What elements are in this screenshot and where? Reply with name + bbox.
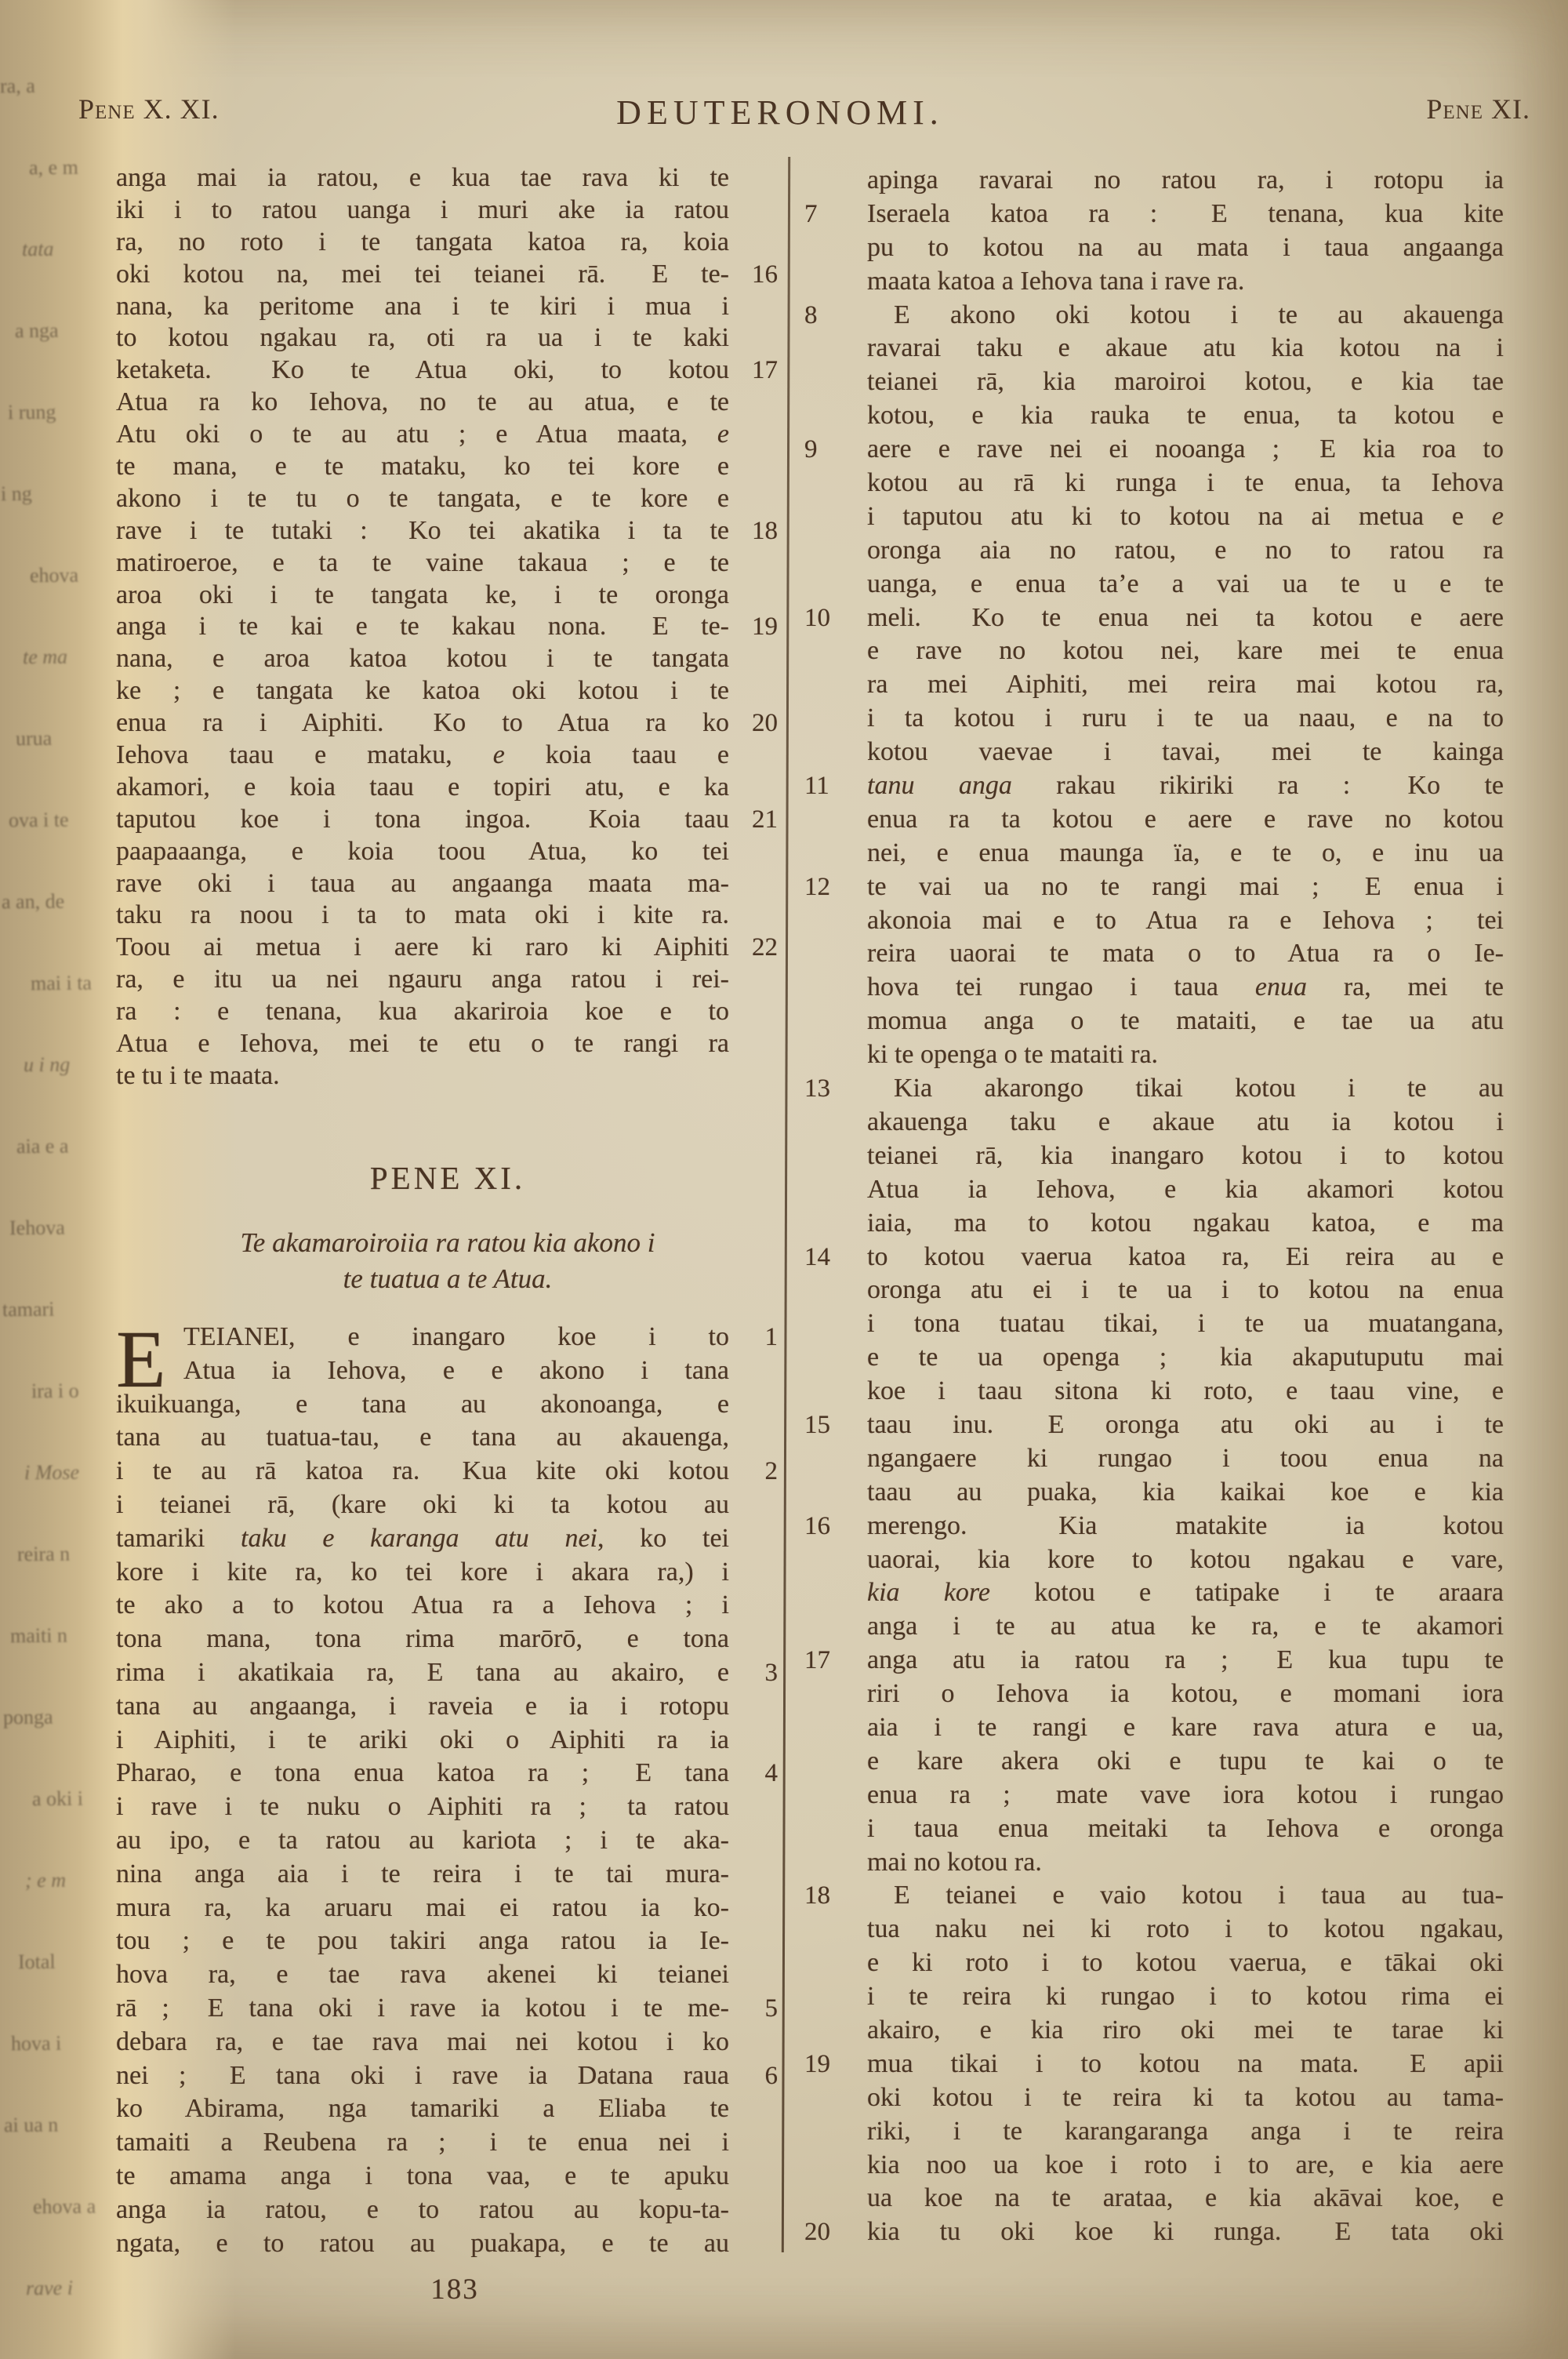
verse-text: tamaiti a Reubena ra ; i te enua nei i: [116, 2126, 729, 2160]
text-line: i ta kotou i ruru i te ua naau, e na to: [803, 702, 1504, 736]
verse-text: ra mei Aiphiti, mei reira mai kotou ra,: [867, 668, 1504, 702]
verse-text: nei, e enua maunga ïa, e te o, e inu ua: [867, 837, 1504, 871]
gutter-bleed-text: ira i o: [31, 1379, 79, 1404]
verse-text: te ako a to kotou Atua ra a Iehova ; i: [116, 1589, 729, 1623]
verse-text: aia i te rangi e kare rava atura e ua,: [867, 1711, 1504, 1745]
verse-number: 15: [804, 1408, 830, 1442]
verse-text: enua ra ; mate vave iora kotou i rungao: [867, 1779, 1504, 1812]
text-line: Atua ia Iehova, e kia akamori kotou: [803, 1173, 1504, 1207]
text-line: nana, e aroa katoa kotou i te tangata: [116, 643, 779, 675]
text-line: Iehova taau e mataku, e koia taau e: [116, 740, 779, 772]
verse-text: i rave i te nuku o Aiphiti ra ; ta ratou: [116, 1790, 729, 1824]
text-line: mua tikai i to kotou na mata. E apii19: [803, 2048, 1504, 2081]
verse-text: pu to kotou na au mata i taua angaanga: [867, 231, 1504, 265]
text-line: koe i taau sitona ki roto, e taau vine, …: [803, 1375, 1504, 1408]
verse-text: ra, no roto i te tangata katoa ra, koia: [116, 227, 729, 259]
verse-number: 19: [752, 611, 778, 643]
verse-text: kotou au rā ki runga i te enua, ta Iehov…: [867, 467, 1504, 500]
verse-number: 5: [765, 1992, 779, 2026]
text-line: merengo. Kia matakite ia kotou16: [803, 1510, 1504, 1543]
text-line: taau inu. E oronga atu oki au i te15: [803, 1408, 1504, 1442]
verse-text: Atua e Iehova, mei te etu o te rangi ra: [116, 1028, 729, 1060]
text-line: i teianei rā, (kare oki ki ta kotou au: [116, 1488, 779, 1522]
verse-number: 10: [804, 602, 830, 635]
verse-text: e te ua openga ; kia akaputuputu mai: [867, 1341, 1504, 1375]
verse-text: i te au rā katoa ra. Kua kite oki kotou: [116, 1455, 729, 1488]
gutter-bleed-text: maiti n: [10, 1624, 67, 1648]
text-line: akono i te tu o te tangata, e te kore e: [116, 483, 779, 515]
verse-text: debara ra, e tae rava mai nei kotou i ko: [116, 2026, 729, 2059]
verse-text: i ta kotou i ruru i te ua naau, e na to: [867, 702, 1504, 736]
verse-number: 2: [765, 1455, 779, 1488]
verse-text: ua koe na te arataa, e kia akāvai koe, e: [867, 2182, 1504, 2215]
verse-text: oronga atu ei i te ua i to kotou na enua: [867, 1274, 1504, 1307]
verse-text: taku ra noou i ta to mata oki i kite ra.: [116, 900, 729, 932]
verse-text: tanu anga rakau rikiriki ra : Ko te: [867, 769, 1504, 803]
text-line: ke ; e tangata ke katoa oki kotou i te: [116, 675, 779, 707]
verse-text: iki i to ratou uanga i muri ake ia ratou: [116, 194, 729, 227]
verse-text: anga i te au atua ke ra, e te akamori: [867, 1610, 1504, 1644]
verse-text: rave i te tutaki : Ko tei akatika i ta t…: [116, 515, 729, 547]
verse-text: tana au tuatua-tau, e tana au akauenga,: [116, 1421, 729, 1455]
gutter-bleed-text: ova i te: [9, 809, 69, 833]
verse-text: e rave no kotou nei, kare mei te enua: [867, 634, 1504, 668]
text-line: tamaiti a Reubena ra ; i te enua nei i: [116, 2126, 779, 2160]
text-line: te mana, e te mataku, ko tei kore e: [116, 451, 779, 483]
verse-text: akono i te tu o te tangata, e te kore e: [116, 483, 729, 515]
text-line: rā ; E tana oki i rave ia kotou i te me-…: [116, 1992, 779, 2026]
gutter-bleed-text: Iotal: [18, 1950, 56, 1974]
verse-text: mua tikai i to kotou na mata. E apii: [867, 2048, 1504, 2081]
verse-text: te amama anga i tona vaa, e te apuku: [116, 2160, 729, 2194]
scanned-book-photo: { "header": { "left": "Pene X. XI.", "ce…: [0, 0, 1568, 2359]
verse-text: teianei rā, kia maroiroi kotou, e kia ta…: [867, 365, 1504, 399]
text-line: tona mana, tona rima marōrō, e tona: [116, 1623, 779, 1656]
gutter-bleed-text: i ng: [1, 482, 32, 506]
text-line: riki, i te karangaranga anga i te reira: [803, 2115, 1504, 2149]
verse-number: 1: [765, 1321, 779, 1354]
text-line: reira uaorai te mata o to Atua ra o Ie-: [803, 937, 1504, 971]
left-column-verses: anga mai ia ratou, e kua tae rava ki tei…: [116, 162, 779, 1092]
verse-text: anga mai ia ratou, e kua tae rava ki te: [116, 162, 729, 194]
verse-text: i tona tuatau tikai, i te ua muatangana,: [867, 1307, 1504, 1341]
text-line: kotou, e kia rauka te enua, ta kotou e: [803, 399, 1504, 433]
text-line: Atua ia Iehova, e e akono i tana: [116, 1354, 779, 1388]
text-line: E akono oki kotou i te au akauenga8: [803, 299, 1504, 333]
text-line: to kotou ngakau ra, oti ra ua i te kaki: [116, 322, 779, 354]
verse-text: akairo, e kia riro oki mei te tarae ki: [867, 2014, 1504, 2048]
verse-text: rā ; E tana oki i rave ia kotou i te me-: [116, 1992, 729, 2026]
text-line: Toou ai metua i aere ki raro ki Aiphiti2…: [116, 932, 779, 964]
verse-number: 7: [804, 198, 818, 231]
text-line: i taputou atu ki to kotou na ai metua e …: [803, 500, 1504, 534]
verse-number: 17: [804, 1644, 830, 1677]
text-line: i rave i te nuku o Aiphiti ra ; ta ratou: [116, 1790, 779, 1824]
text-line: riri o Iehova ia kotou, e momani iora: [803, 1677, 1504, 1711]
text-line: te ako a to kotou Atua ra a Iehova ; i: [116, 1589, 779, 1623]
text-line: nei ; E tana oki i rave ia Datana raua6: [116, 2059, 779, 2093]
verse-text: Atua ra ko Iehova, no te au atua, e te: [116, 387, 729, 419]
text-line: E teianei e vaio kotou i taua au tua-18: [803, 1879, 1504, 1913]
running-header-left: Pene X. XI.: [78, 93, 220, 133]
verse-text: aere e rave nei ei nooanga ; E kia roa t…: [867, 433, 1504, 467]
verse-number: 6: [765, 2059, 779, 2093]
verse-text: hova tei rungao i taua enua ra, mei te: [867, 971, 1504, 1005]
text-line: ra mei Aiphiti, mei reira mai kotou ra,: [803, 668, 1504, 702]
verse-text: Iseraela katoa ra : E tenana, kua kite: [867, 198, 1504, 231]
text-line: ra : e tenana, kua akariroia koe e to: [116, 996, 779, 1028]
verse-text: anga i te kai e te kakau nona. E te-: [116, 611, 729, 643]
text-line: i te au rā katoa ra. Kua kite oki kotou2: [116, 1455, 779, 1488]
verse-number: 9: [804, 433, 818, 467]
gutter-bleed-text: u i ng: [24, 1053, 70, 1078]
text-line: ra, no roto i te tangata katoa ra, koia: [116, 227, 779, 259]
verse-text: mai no kotou ra.: [867, 1846, 1504, 1880]
text-line: anga ia ratou, e to ratou au kopu-ta-: [116, 2194, 779, 2227]
verse-number: 20: [752, 707, 778, 740]
verse-text: apinga ravarai no ratou ra, i rotopu ia: [867, 164, 1504, 198]
verse-text: i Aiphiti, i te ariki oki o Aiphiti ra i…: [116, 1724, 729, 1757]
verse-text: koe i taau sitona ki roto, e taau vine, …: [867, 1375, 1504, 1408]
chapter-heading: PENE XI.: [116, 1159, 779, 1197]
text-line: kotou vaevae i tavai, mei te kainga: [803, 736, 1504, 769]
verse-text: ketaketa. Ko te Atua oki, to kotou: [116, 354, 729, 387]
text-line: maata katoa a Iehova tana i rave ra.: [803, 265, 1504, 299]
text-line: Pharao, e tona enua katoa ra ; E tana4: [116, 1757, 779, 1790]
verse-text: teianei rā, kia inangaro kotou i to koto…: [867, 1140, 1504, 1173]
verse-text: Atu oki o te au atu ; e Atua maata, e: [116, 419, 729, 451]
verse-text: E teianei e vaio kotou i taua au tua-: [867, 1879, 1504, 1913]
text-line: anga i te au atua ke ra, e te akamori: [803, 1610, 1504, 1644]
gutter-bleed-text: tamari: [2, 1298, 55, 1322]
text-line: Atua ra ko Iehova, no te au atua, e te: [116, 387, 779, 419]
gutter-bleed-text: ehova: [30, 564, 78, 588]
text-line: oronga atu ei i te ua i to kotou na enua: [803, 1274, 1504, 1307]
gutter-bleed-text: Iehova: [9, 1216, 65, 1241]
text-line: tana au angaanga, i raveia e ia i rotopu: [116, 1690, 779, 1724]
text-line: uaorai, kia kore to kotou ngakau e vare,: [803, 1543, 1504, 1577]
verse-text: matiroeroe, e ta te vaine takaua ; e te: [116, 547, 729, 580]
text-line: i Aiphiti, i te ariki oki o Aiphiti ra i…: [116, 1724, 779, 1757]
verse-text: ra : e tenana, kua akariroia koe e to: [116, 996, 729, 1028]
verse-text: oronga aia no ratou, e no to ratou ra: [867, 534, 1504, 568]
verse-text: aroa oki i te tangata ke, i te oronga: [116, 580, 729, 612]
verse-text: ra, e itu ua nei ngauru anga ratou i rei…: [116, 964, 729, 996]
verse-text: nana, e aroa katoa kotou i te tangata: [116, 643, 729, 675]
text-line: kia kore kotou e tatipake i te araara: [803, 1576, 1504, 1610]
verse-text: tou ; e te pou takiri anga ratou ia Ie-: [116, 1925, 729, 1958]
verse-text: riri o Iehova ia kotou, e momani iora: [867, 1677, 1504, 1711]
text-line: anga atu ia ratou ra ; E kua tupu te17: [803, 1644, 1504, 1677]
text-line: akauenga taku e akaue atu ia kotou i: [803, 1106, 1504, 1140]
running-header-right: Pene XI.: [1426, 93, 1530, 133]
verse-text: taputou koe i tona ingoa. Koia taau: [116, 804, 729, 836]
text-line: Atu oki o te au atu ; e Atua maata, e: [116, 419, 779, 451]
verse-text: oki kotou na, mei tei teianei rā. E te-: [116, 259, 729, 291]
verse-text: i te reira ki rungao i to kotou rima ei: [867, 1980, 1504, 2014]
text-line: anga i te kai e te kakau nona. E te-19: [116, 611, 779, 643]
text-line: oki kotou na, mei tei teianei rā. E te-1…: [116, 259, 779, 291]
verse-text: te mana, e te mataku, ko tei kore e: [116, 451, 729, 483]
verse-text: TEIANEI, e inangaro koe i to: [183, 1321, 729, 1354]
text-line: au ipo, e ta ratou au kariota ; i te aka…: [116, 1824, 779, 1858]
verse-text: hova ra, e tae rava akenei ki teianei: [116, 1958, 729, 1992]
gutter-bleed-text: a oki i: [32, 1787, 83, 1812]
verse-number: 12: [804, 871, 830, 904]
text-line: momua anga o te mataiti, e tae ua atu: [803, 1005, 1504, 1038]
text-line: ketaketa. Ko te Atua oki, to kotou17: [116, 354, 779, 387]
gutter-bleed-text: ai ua n: [4, 2114, 59, 2138]
text-line: enua ra ta kotou e aere e rave no kotou: [803, 803, 1504, 837]
verse-text: kia kore kotou e tatipake i te araara: [867, 1576, 1504, 1610]
text-line: iki i to ratou uanga i muri ake ia ratou: [116, 194, 779, 227]
text-line: oki kotou i te reira ki ta kotou au tama…: [803, 2081, 1504, 2115]
text-line: tou ; e te pou takiri anga ratou ia Ie-: [116, 1925, 779, 1958]
verse-number: 14: [804, 1241, 830, 1274]
book-page: ra, aa, e mtataa ngai rungi ngehovate ma…: [0, 0, 1568, 2359]
text-line: e kare akera oki e tupu te kai o te: [803, 1745, 1504, 1779]
verse-text: oki kotou i te reira ki ta kotou au tama…: [867, 2081, 1504, 2115]
text-line: rave oki i taua au angaanga maata ma-: [116, 868, 779, 900]
text-line: mai no kotou ra.: [803, 1846, 1504, 1880]
page-number: 183: [376, 2273, 533, 2306]
text-line: akairo, e kia riro oki mei te tarae ki: [803, 2014, 1504, 2048]
verse-number: 4: [765, 1757, 779, 1790]
verse-text: paapaaanga, e koia toou Atua, ko tei: [116, 836, 729, 868]
text-line: i te reira ki rungao i to kotou rima ei: [803, 1980, 1504, 2014]
verse-text: ki te openga o te mataiti ra.: [867, 1038, 1504, 1072]
text-line: TEIANEI, e inangaro koe i to1: [116, 1321, 779, 1354]
text-line: tanu anga rakau rikiriki ra : Ko te11: [803, 769, 1504, 803]
text-line: pu to kotou na au mata i taua angaanga: [803, 231, 1504, 265]
verse-text: ngangaere ki rungao i toou enua na: [867, 1442, 1504, 1476]
text-line: te tu i te maata.: [116, 1060, 779, 1092]
verse-text: ikuikuanga, e tana au akonoanga, e: [116, 1388, 729, 1422]
text-line: kore i kite ra, ko tei kore i akara ra,)…: [116, 1556, 779, 1590]
verse-text: E akono oki kotou i te au akauenga: [867, 299, 1504, 333]
verse-number: 17: [752, 354, 778, 387]
verse-text: i taputou atu ki to kotou na ai metua e …: [867, 500, 1504, 534]
text-line: tamariki taku e karanga atu nei, ko tei: [116, 1522, 779, 1556]
chapter-summary: Te akamaroiroiia ra ratou kia akono i te…: [116, 1225, 779, 1297]
text-line: taku ra noou i ta to mata oki i kite ra.: [116, 900, 779, 932]
gutter-bleed-text: a nga: [15, 319, 59, 343]
text-line: debara ra, e tae rava mai nei kotou i ko: [116, 2026, 779, 2059]
text-line: i tona tuatau tikai, i te ua muatangana,: [803, 1307, 1504, 1341]
verse-number: 16: [804, 1510, 830, 1543]
verse-number: 16: [752, 259, 778, 291]
verse-text: anga ia ratou, e to ratou au kopu-ta-: [116, 2194, 729, 2227]
gutter-bleed-text: ra, a: [0, 75, 35, 98]
verse-number: 8: [804, 299, 818, 333]
gutter-bleed-text: hova i: [11, 2032, 62, 2056]
verse-text: nei ; E tana oki i rave ia Datana raua: [116, 2059, 729, 2093]
verse-text: to kotou ngakau ra, oti ra ua i te kaki: [116, 322, 729, 354]
verse-text: i teianei rā, (kare oki ki ta kotou au: [116, 1488, 729, 1522]
gutter-bleed-text: aia e a: [16, 1135, 69, 1159]
verse-text: taau au puaka, kia kaikai koe e kia: [867, 1476, 1504, 1510]
verse-text: te vai ua no te rangi mai ; E enua i: [867, 871, 1504, 904]
verse-text: iaia, ma to kotou ngakau katoa, e ma: [867, 1207, 1504, 1241]
text-line: enua ra ; mate vave iora kotou i rungao: [803, 1779, 1504, 1812]
verse-text: tamariki taku e karanga atu nei, ko tei: [116, 1522, 729, 1556]
text-line: akamori, e koia taau e topiri atu, e ka: [116, 772, 779, 804]
verse-text: enua ra ta kotou e aere e rave no kotou: [867, 803, 1504, 837]
text-line: taputou koe i tona ingoa. Koia taau21: [116, 804, 779, 836]
verse-text: tona mana, tona rima marōrō, e tona: [116, 1623, 729, 1656]
verse-text: mura ra, ka aruaru mai ei ratou ia ko-: [116, 1892, 729, 1925]
gutter-bleed-text: a an, de: [2, 890, 64, 914]
verse-text: rima i akatikaia ra, E tana au akairo, e: [116, 1656, 729, 1690]
gutter-bleed-text: mai i ta: [31, 972, 92, 996]
verse-text: kia tu oki koe ki runga. E tata oki: [867, 2215, 1504, 2249]
verse-text: momua anga o te mataiti, e tae ua atu: [867, 1005, 1504, 1038]
verse-number: 19: [804, 2048, 830, 2081]
verse-number: 3: [765, 1656, 779, 1690]
verse-text: to kotou vaerua katoa ra, Ei reira au e: [867, 1241, 1504, 1274]
text-line: kia tu oki koe ki runga. E tata oki20: [803, 2215, 1504, 2249]
text-line: ko Abirama, nga tamariki a Eliaba te: [116, 2092, 779, 2126]
gutter-bleed-text: i rung: [8, 401, 56, 425]
text-line: kotou au rā ki runga i te enua, ta Iehov…: [803, 467, 1504, 500]
gutter-bleed-text: ponga: [3, 1706, 53, 1730]
verse-text: tana au angaanga, i raveia e ia i rotopu: [116, 1690, 729, 1724]
text-line: te amama anga i tona vaa, e te apuku: [116, 2160, 779, 2194]
text-line: taau au puaka, kia kaikai koe e kia: [803, 1476, 1504, 1510]
verse-text: e ki roto i to kotou vaerua, e tākai oki: [867, 1946, 1504, 1980]
column-divider-rule: [782, 157, 790, 2252]
gutter-bleed-text: i Mose: [24, 1461, 79, 1485]
verse-text: Iehova taau e mataku, e koia taau e: [116, 740, 729, 772]
verse-text: akamori, e koia taau e topiri atu, e ka: [116, 772, 729, 804]
text-line: oronga aia no ratou, e no to ratou ra: [803, 534, 1504, 568]
text-line: rima i akatikaia ra, E tana au akairo, e…: [116, 1656, 779, 1690]
verse-text: te tu i te maata.: [116, 1060, 729, 1092]
gutter-bleed-text: a, e m: [29, 156, 78, 180]
text-line: ngata, e to ratou au puakapa, e te au: [116, 2227, 779, 2261]
verse-text: enua ra i Aiphiti. Ko to Atua ra ko: [116, 707, 729, 740]
verse-text: rave oki i taua au angaanga maata ma-: [116, 868, 729, 900]
verse-text: ravarai taku e akaue atu kia kotou na i: [867, 332, 1504, 365]
verse-text: ko Abirama, nga tamariki a Eliaba te: [116, 2092, 729, 2126]
verse-text: Toou ai metua i aere ki raro ki Aiphiti: [116, 932, 729, 964]
verse-text: reira uaorai te mata o to Atua ra o Ie-: [867, 937, 1504, 971]
text-line: ki te openga o te mataiti ra.: [803, 1038, 1504, 1072]
text-line: aere e rave nei ei nooanga ; E kia roa t…: [803, 433, 1504, 467]
text-line: uanga, e enua ta’e a vai ua te u e te: [803, 568, 1504, 602]
text-line: Atua e Iehova, mei te etu o te rangi ra: [116, 1028, 779, 1060]
text-line: Kia akarongo tikai kotou i te au13: [803, 1072, 1504, 1106]
text-line: kia noo ua koe i roto i to are, e kia ae…: [803, 2149, 1504, 2183]
verse-text: merengo. Kia matakite ia kotou: [867, 1510, 1504, 1543]
text-line: nei, e enua maunga ïa, e te o, e inu ua: [803, 837, 1504, 871]
verse-text: kotou vaevae i tavai, mei te kainga: [867, 736, 1504, 769]
text-line: aroa oki i te tangata ke, i te oronga: [116, 580, 779, 612]
text-line: paapaaanga, e koia toou Atua, ko tei: [116, 836, 779, 868]
running-header-title: DEUTERONOMI.: [466, 93, 1094, 133]
text-line: e ki roto i to kotou vaerua, e tākai oki: [803, 1946, 1504, 1980]
text-line: hova ra, e tae rava akenei ki teianei: [116, 1958, 779, 1992]
text-line: tana au tuatua-tau, e tana au akauenga,: [116, 1421, 779, 1455]
verse-text: akonoia mai e to Atua ra e Iehova ; tei: [867, 904, 1504, 938]
verse-text: tua naku nei ki roto i to kotou ngakau,: [867, 1913, 1504, 1946]
verse-text: riki, i te karangaranga anga i te reira: [867, 2115, 1504, 2149]
verse-text: au ipo, e ta ratou au kariota ; i te aka…: [116, 1824, 729, 1858]
verse-text: ke ; e tangata ke katoa oki kotou i te: [116, 675, 729, 707]
verse-text: taau inu. E oronga atu oki au i te: [867, 1408, 1504, 1442]
verse-text: Atua ia Iehova, e kia akamori kotou: [867, 1173, 1504, 1207]
verse-text: Kia akarongo tikai kotou i te au: [867, 1072, 1504, 1106]
verse-text: kotou, e kia rauka te enua, ta kotou e: [867, 399, 1504, 433]
gutter-bleed-text: tata: [22, 238, 54, 261]
verse-text: uaorai, kia kore to kotou ngakau e vare,: [867, 1543, 1504, 1577]
verse-text: i taua enua meitaki ta Iehova e oronga: [867, 1812, 1504, 1846]
left-column-chapter11: E TEIANEI, e inangaro koe i to1Atua ia I…: [116, 1321, 779, 2260]
text-line: tua naku nei ki roto i to kotou ngakau,: [803, 1913, 1504, 1946]
gutter-bleed-text: te ma: [23, 645, 67, 669]
text-line: apinga ravarai no ratou ra, i rotopu ia: [803, 164, 1504, 198]
text-line: ikuikuanga, e tana au akonoanga, e: [116, 1388, 779, 1422]
text-line: akonoia mai e to Atua ra e Iehova ; tei: [803, 904, 1504, 938]
chapter-summary-line: Te akamaroiroiia ra ratou kia akono i: [116, 1225, 779, 1261]
text-line: aia i te rangi e kare rava atura e ua,: [803, 1711, 1504, 1745]
text-line: ra, e itu ua nei ngauru anga ratou i rei…: [116, 964, 779, 996]
verse-number: 22: [752, 932, 778, 964]
verse-text: nana, ka peritome ana i te kiri i mua i: [116, 291, 729, 323]
text-line: teianei rā, kia inangaro kotou i to koto…: [803, 1140, 1504, 1173]
verse-text: ngata, e to ratou au puakapa, e te au: [116, 2227, 729, 2261]
text-line: Iseraela katoa ra : E tenana, kua kite7: [803, 198, 1504, 231]
verse-number: 18: [804, 1879, 830, 1913]
text-line: enua ra i Aiphiti. Ko to Atua ra ko20: [116, 707, 779, 740]
text-line: ngangaere ki rungao i toou enua na: [803, 1442, 1504, 1476]
text-line: anga mai ia ratou, e kua tae rava ki te: [116, 162, 779, 194]
text-line: teianei rā, kia maroiroi kotou, e kia ta…: [803, 365, 1504, 399]
gutter-bleed-text: reira n: [17, 1543, 70, 1567]
gutter-bleed-text: ehova a: [33, 2195, 96, 2219]
verse-text: Pharao, e tona enua katoa ra ; E tana: [116, 1757, 729, 1790]
text-line: nina anga aia i te reira i te tai mura-: [116, 1858, 779, 1892]
verse-text: kia noo ua koe i roto i to are, e kia ae…: [867, 2149, 1504, 2183]
verse-number: 11: [804, 769, 829, 803]
text-line: ravarai taku e akaue atu kia kotou na i: [803, 332, 1504, 365]
text-line: nana, ka peritome ana i te kiri i mua i: [116, 291, 779, 323]
chapter-summary-line: te tuatua a te Atua.: [116, 1261, 779, 1297]
verse-number: 20: [804, 2215, 830, 2249]
text-line: mura ra, ka aruaru mai ei ratou ia ko-: [116, 1892, 779, 1925]
text-line: rave i te tutaki : Ko tei akatika i ta t…: [116, 515, 779, 547]
verse-text: akauenga taku e akaue atu ia kotou i: [867, 1106, 1504, 1140]
text-line: te vai ua no te rangi mai ; E enua i12: [803, 871, 1504, 904]
verse-text: Atua ia Iehova, e e akono i tana: [183, 1354, 729, 1388]
text-line: iaia, ma to kotou ngakau katoa, e ma: [803, 1207, 1504, 1241]
verse-number: 21: [752, 804, 778, 836]
verse-text: maata katoa a Iehova tana i rave ra.: [867, 265, 1504, 299]
text-line: e te ua openga ; kia akaputuputu mai: [803, 1341, 1504, 1375]
gutter-bleed-text: ; e m: [25, 1869, 66, 1892]
verse-text: uanga, e enua ta’e a vai ua te u e te: [867, 568, 1504, 602]
right-column-verses: apinga ravarai no ratou ra, i rotopu iaI…: [803, 164, 1504, 2249]
verse-text: nina anga aia i te reira i te tai mura-: [116, 1858, 729, 1892]
verse-text: anga atu ia ratou ra ; E kua tupu te: [867, 1644, 1504, 1677]
gutter-bleed-text: urua: [16, 727, 52, 751]
text-line: ua koe na te arataa, e kia akāvai koe, e: [803, 2182, 1504, 2215]
verse-text: e kare akera oki e tupu te kai o te: [867, 1745, 1504, 1779]
text-line: meli. Ko te enua nei ta kotou e aere10: [803, 602, 1504, 635]
verse-number: 18: [752, 515, 778, 547]
text-line: matiroeroe, e ta te vaine takaua ; e te: [116, 547, 779, 580]
text-line: to kotou vaerua katoa ra, Ei reira au e1…: [803, 1241, 1504, 1274]
